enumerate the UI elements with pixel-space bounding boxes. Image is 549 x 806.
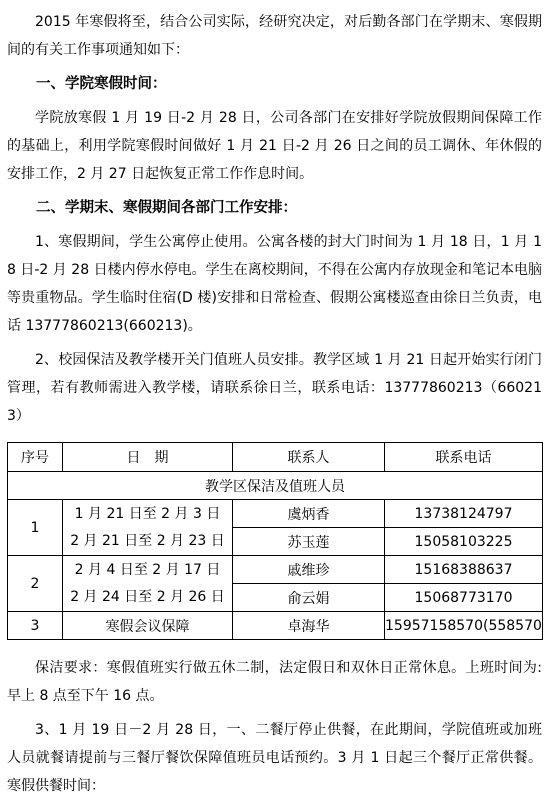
item-2-cleaning-duty-paragraph: 2、校园保洁及教学楼开关门值班人员安排。教学区域 1 月 21 日起开始实行闭门…	[7, 346, 542, 430]
date-line: 1 月 21 日至 2 月 3 日	[63, 501, 232, 528]
table-row: 3 寒假会议保障 卓海华 15957158570(558570)	[8, 612, 543, 640]
cleaning-requirements-paragraph: 保洁要求：寒假值班实行做五休二制，法定假日和双休日正常休息。上班时间为:早上 8…	[7, 654, 542, 710]
phone-cell: 15168388637	[385, 556, 543, 584]
date-cell: 2 月 4 日至 2 月 17 日 2 月 24 日至 2 月 26 日	[63, 556, 233, 612]
date-line: 2 月 4 日至 2 月 17 日	[63, 557, 232, 584]
section-label-cell: 教学区保洁及值班人员	[8, 472, 543, 500]
contact-cell: 苏玉莲	[233, 528, 385, 556]
header-contact-person: 联系人	[233, 443, 385, 472]
table-header-row: 序号 日 期 联系人 联系电话	[8, 443, 543, 472]
phone-cell: 15957158570(558570)	[385, 612, 543, 640]
date-cell: 1 月 21 日至 2 月 3 日 2 月 21 日至 2 月 23 日	[63, 500, 233, 556]
notice-document: 2015 年寒假将至，结合公司实际，经研究决定，对后勤各部门在学期末、寒假期间的…	[0, 0, 549, 800]
serial-number-cell: 3	[8, 612, 63, 640]
table-row: 1 1 月 21 日至 2 月 3 日 2 月 21 日至 2 月 23 日 虞…	[8, 500, 543, 528]
contact-cell: 卓海华	[233, 612, 385, 640]
item-1-dormitory-paragraph: 1、寒假期间，学生公寓停止使用。公寓各楼的封大门时间为 1 月 18 日，1 月…	[7, 228, 542, 340]
date-line: 2 月 24 日至 2 月 26 日	[63, 584, 232, 611]
table-row: 2 2 月 4 日至 2 月 17 日 2 月 24 日至 2 月 26 日 戚…	[8, 556, 543, 584]
item-3-dining-paragraph: 3、1 月 19 日－2 月 28 日，一、二餐厅停止供餐，在此期间，学院值班或…	[7, 716, 542, 800]
header-serial-number: 序号	[8, 443, 63, 472]
contact-cell: 戚维珍	[233, 556, 385, 584]
date-line: 2 月 21 日至 2 月 23 日	[63, 528, 232, 555]
table-section-row: 教学区保洁及值班人员	[8, 472, 543, 500]
intro-paragraph: 2015 年寒假将至，结合公司实际，经研究决定，对后勤各部门在学期末、寒假期间的…	[7, 8, 542, 64]
date-cell: 寒假会议保障	[63, 612, 233, 640]
serial-number-cell: 2	[8, 556, 63, 612]
phone-cell: 15058103225	[385, 528, 543, 556]
section-1-heading: 一、学院寒假时间：	[7, 70, 542, 98]
vacation-dates-paragraph: 学院放寒假 1 月 19 日-2 月 28 日，公司各部门在安排好学院放假期间保…	[7, 104, 542, 188]
phone-cell: 15068773170	[385, 584, 543, 612]
duty-schedule-table: 序号 日 期 联系人 联系电话 教学区保洁及值班人员 1 1 月 21 日至 2…	[7, 442, 543, 640]
header-date: 日 期	[63, 443, 233, 472]
contact-cell: 虞炳香	[233, 500, 385, 528]
serial-number-cell: 1	[8, 500, 63, 556]
phone-cell: 13738124797	[385, 500, 543, 528]
contact-cell: 俞云娟	[233, 584, 385, 612]
section-2-heading: 二、学期末、寒假期间各部门工作安排：	[7, 194, 542, 222]
header-contact-phone: 联系电话	[385, 443, 543, 472]
